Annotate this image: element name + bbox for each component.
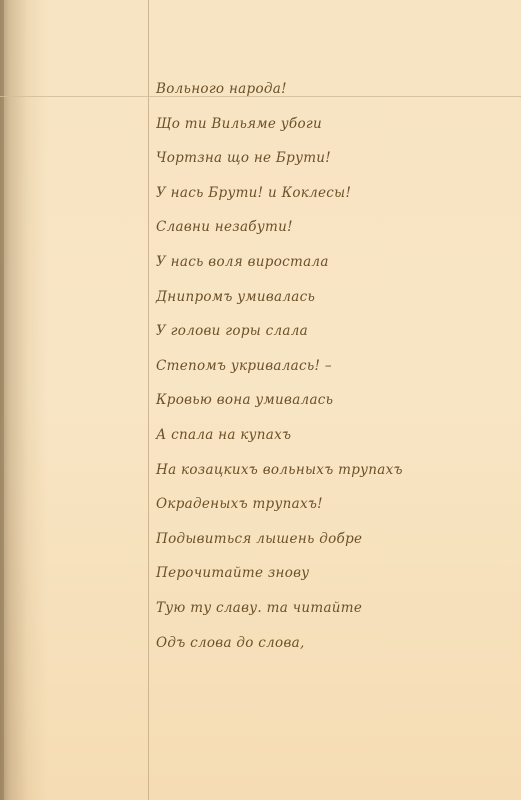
handwritten-verse: Вольного народа! Що ти Вильяме убоги Чор… [156,72,516,660]
verse-line: У голови горы слала [156,314,516,349]
verse-line: Що ти Вильяме убоги [156,107,516,142]
verse-line: У нась воля виростала [156,245,516,280]
verse-line: Степомъ укривалась! – [156,349,516,384]
verse-line: Вольного народа! [156,72,516,107]
verse-line: Подывиться лышень добре [156,522,516,557]
verse-line: Перочитайте знову [156,556,516,591]
verse-line: Тую ту славу. та читайте [156,591,516,626]
binding-gutter-shadow [0,0,4,800]
verse-line: Одъ слова до слова, [156,626,516,661]
margin-line [148,0,149,800]
verse-line: А спала на купахъ [156,418,516,453]
manuscript-page: Вольного народа! Що ти Вильяме убоги Чор… [0,0,521,800]
verse-line: Окраденыхъ трупахъ! [156,487,516,522]
verse-line: На козацкихъ вольныхъ трупахъ [156,453,516,488]
verse-line: Чортзна що не Брути! [156,141,516,176]
verse-line: Кровью вона умивалась [156,383,516,418]
verse-line: Днипромъ умивалась [156,280,516,315]
verse-line: У нась Брути! и Коклесы! [156,176,516,211]
verse-line: Славни незабути! [156,210,516,245]
